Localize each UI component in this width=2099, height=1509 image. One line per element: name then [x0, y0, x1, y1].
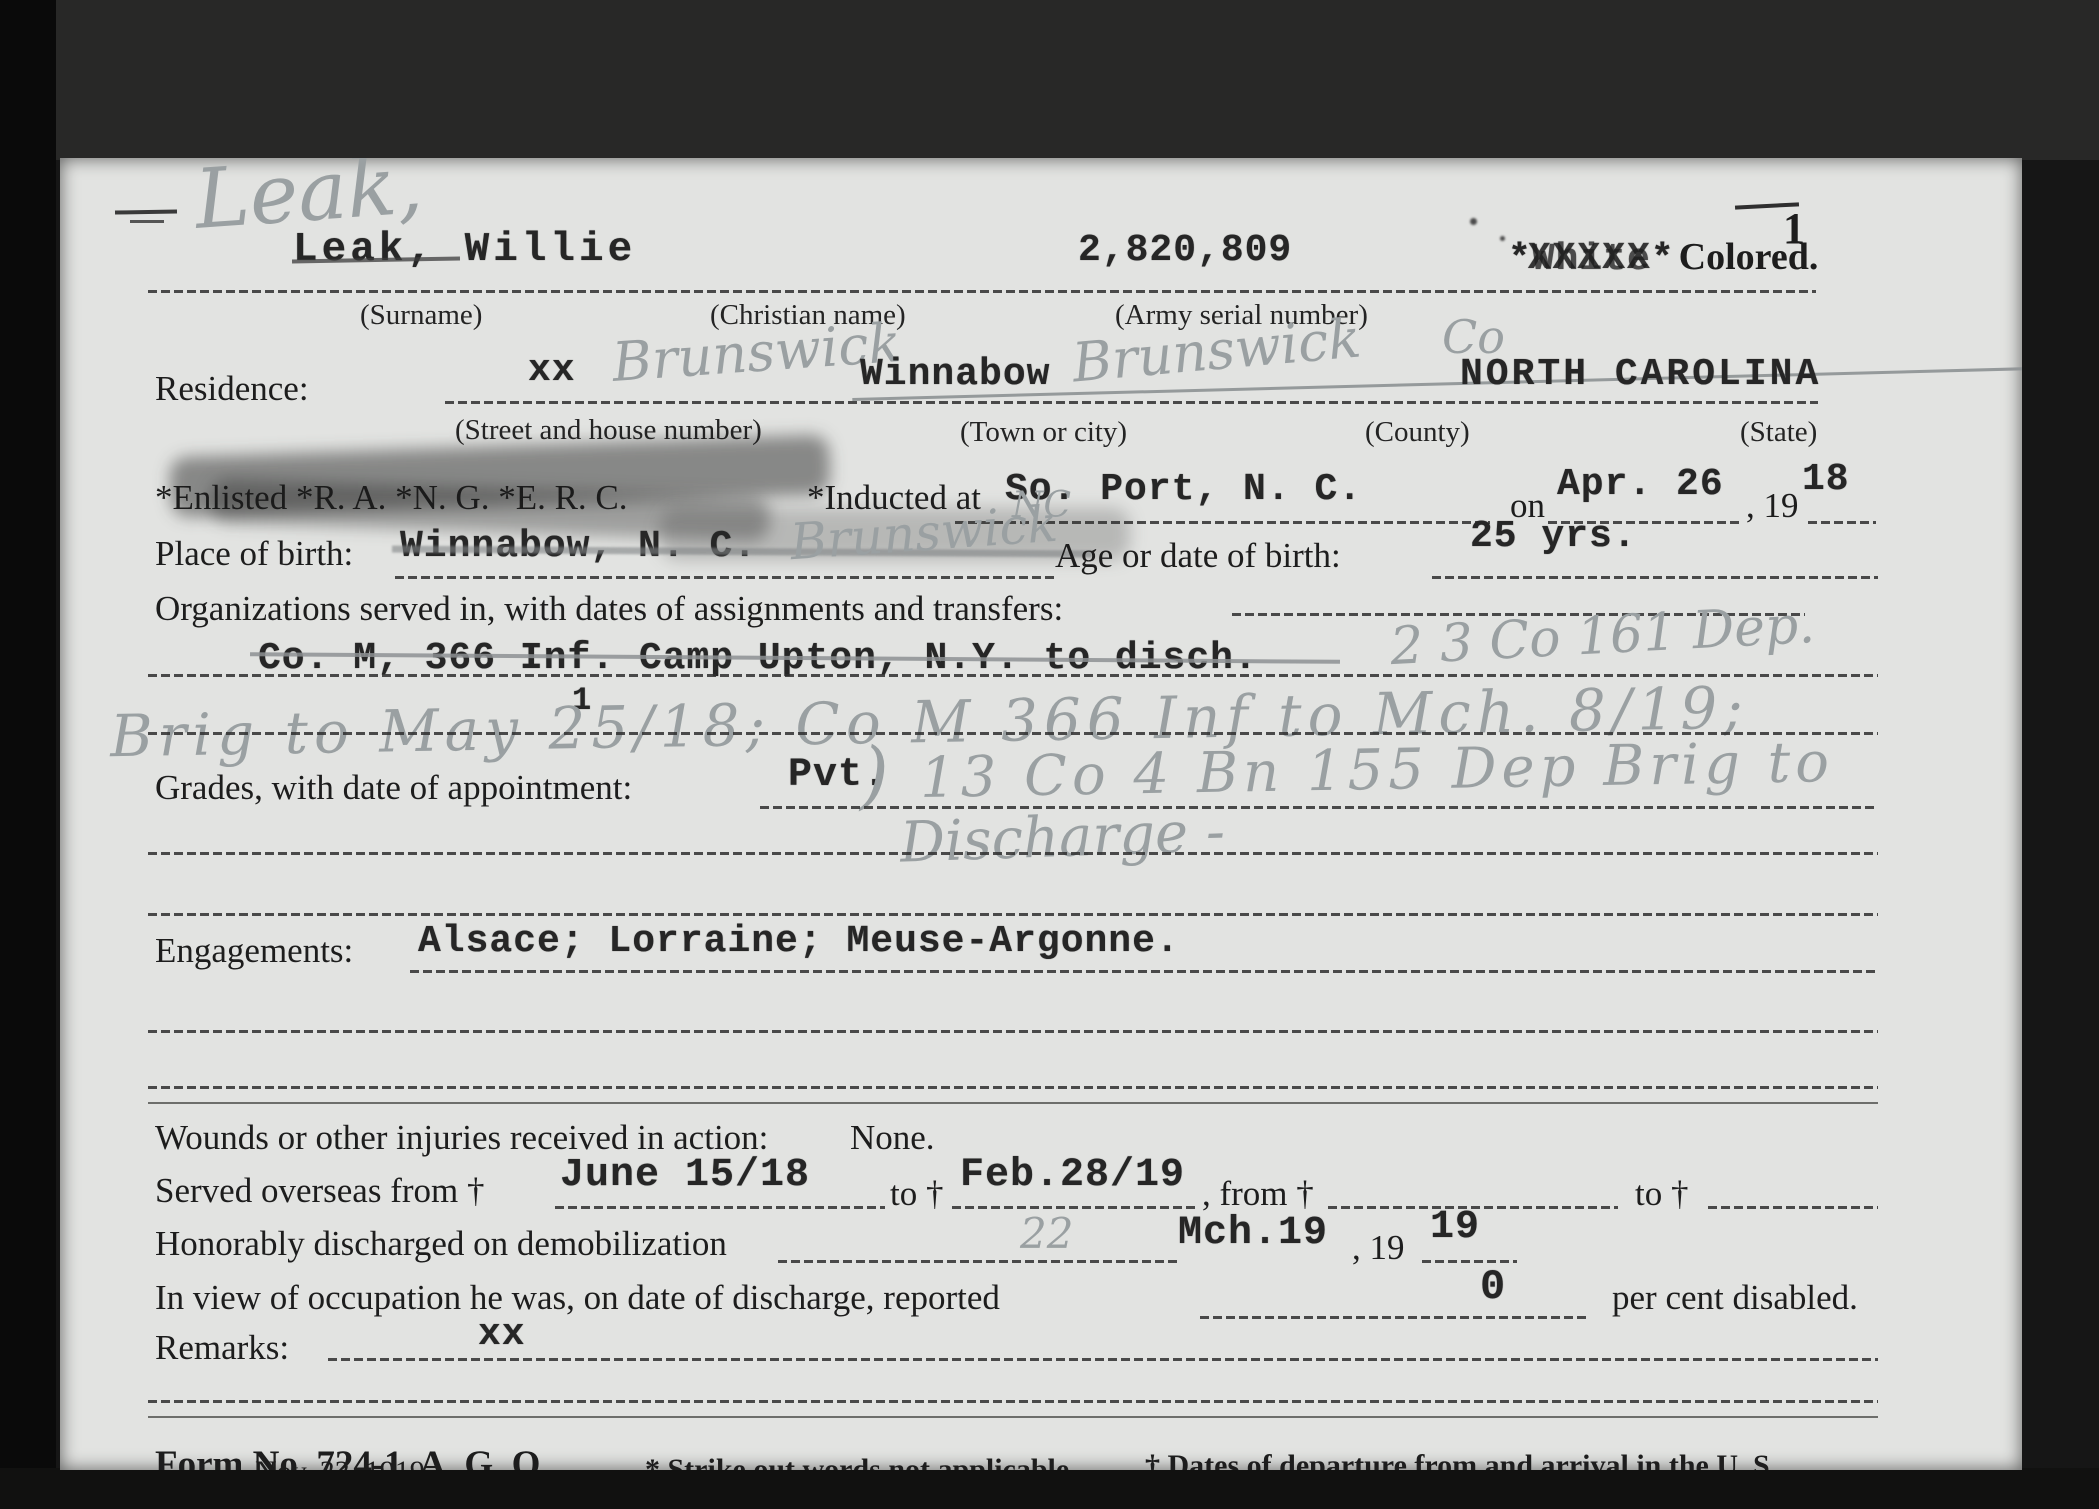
- grades-label: Grades, with date of appointment:: [155, 770, 632, 807]
- dashed-line: [148, 913, 1878, 916]
- discharge-label: Honorably discharged on demobilization: [155, 1226, 727, 1263]
- wounds-value: None.: [850, 1120, 935, 1157]
- disability-suffix: per cent disabled.: [1612, 1280, 1858, 1317]
- scan-background-top: [0, 0, 2099, 160]
- discharge-date-value: Mch.19: [1178, 1214, 1328, 1254]
- discharge-year-value: 19: [1430, 1208, 1480, 1248]
- label-surname: (Surname): [360, 301, 482, 330]
- engagements-value: Alsace; Lorraine; Meuse-Argonne.: [418, 923, 1180, 961]
- dashed-line: [1200, 1316, 1590, 1319]
- pencil-dash-mark-2: [130, 220, 164, 223]
- race-selection: *WhiteXXXXX* Colored.: [1508, 238, 1818, 279]
- wounds-label: Wounds or other injuries received in act…: [155, 1120, 768, 1157]
- pencil-birth-state: NC: [1012, 488, 1071, 524]
- dashed-line: [1708, 1206, 1878, 1209]
- age-label: Age or date of birth:: [1055, 538, 1341, 575]
- record-card: Leak, 1 Leak, Willie 2,820,809 *WhiteXXX…: [60, 158, 2022, 1470]
- solid-line: [148, 1416, 1878, 1418]
- pencil-county-annotation-1: Brunswick: [610, 316, 902, 390]
- overseas-to-label-1: to †: [890, 1176, 943, 1213]
- serial-number-value: 2,820,809: [1078, 232, 1292, 270]
- label-town: (Town or city): [960, 418, 1127, 447]
- engagements-label: Engagements:: [155, 933, 353, 970]
- overseas-from1-value: June 15/18: [560, 1156, 810, 1196]
- residence-town-value: Winnabow: [860, 356, 2022, 394]
- dashed-line: [760, 806, 1878, 809]
- race-colored-label: Colored.: [1679, 236, 1819, 278]
- footnote-strike-out: * Strike out words not applicable.: [645, 1454, 1077, 1470]
- race-white-struck: WhiteXXXXX: [1532, 241, 1651, 279]
- residence-label: Residence:: [155, 371, 309, 408]
- discharge-19-prefix: , 19: [1352, 1230, 1405, 1267]
- dashed-line: [148, 1400, 1878, 1403]
- label-state: (State): [1740, 418, 1817, 447]
- dashed-line: [952, 1206, 1197, 1209]
- induction-year-value: 18: [1802, 461, 1850, 499]
- disability-value: 0: [1480, 1266, 1506, 1308]
- pencil-grades-line1: 13 Co 4 Bn 155 Dep Brig to: [920, 735, 1835, 807]
- dashed-line: [148, 290, 1816, 293]
- organizations-label: Organizations served in, with dates of a…: [155, 591, 1063, 628]
- overseas-from-label-2: , from †: [1202, 1176, 1314, 1213]
- dashed-line: [148, 1030, 1878, 1033]
- scan-background-left-edge: [0, 0, 56, 1509]
- scanned-service-record: Leak, 1 Leak, Willie 2,820,809 *WhiteXXX…: [0, 0, 2099, 1509]
- race-overtype-xx: XXXXX: [1528, 240, 1652, 278]
- scan-background-bottom: [0, 1468, 2099, 1509]
- race-star-2: *: [1651, 238, 1675, 281]
- residence-street-value: xx: [528, 352, 576, 390]
- footnote-dagger: † Dates of departure from and arrival in…: [1145, 1450, 1777, 1470]
- name-value: Leak, Willie: [293, 230, 636, 271]
- place-of-birth-label: Place of birth:: [155, 536, 353, 573]
- dashed-line: [778, 1260, 1178, 1263]
- pencil-overseas-day: 22: [1020, 1213, 1073, 1255]
- overseas-to1-value: Feb.28/19: [960, 1156, 1185, 1196]
- dashed-line: [1432, 576, 1878, 579]
- pencil-grades-line2: Discharge -: [899, 804, 1226, 871]
- residence-state-value: NORTH CAROLINA: [1460, 356, 1821, 394]
- age-value: 25 yrs.: [1470, 518, 1637, 556]
- ink-speck: [1470, 218, 1477, 225]
- overseas-to-label-2: to †: [1635, 1176, 1688, 1213]
- solid-line: [148, 1102, 1878, 1104]
- induction-date-value: Apr. 26: [1557, 466, 1724, 504]
- pencil-paren: ): [860, 738, 889, 812]
- year-19-prefix: , 19: [1746, 488, 1799, 525]
- remarks-value: xx: [478, 1316, 526, 1354]
- ink-speck: [1500, 236, 1505, 241]
- form-date-clipped: Nov. 22, 1919: [255, 1456, 425, 1470]
- dashed-line: [328, 1358, 1878, 1361]
- label-county: (County): [1365, 418, 1470, 447]
- disability-label: In view of occupation he was, on date of…: [155, 1280, 1000, 1317]
- dashed-line: [395, 576, 1055, 579]
- overseas-label: Served overseas from †: [155, 1173, 484, 1210]
- pencil-dash-mark: [115, 209, 177, 214]
- dashed-line: [148, 852, 1878, 855]
- dashed-line: [410, 970, 1878, 973]
- remarks-label: Remarks:: [155, 1330, 289, 1367]
- dashed-line: [148, 1086, 1878, 1089]
- dashed-line: [445, 401, 1818, 404]
- pencil-org-annotation-right: 2 3 Co 161 Dep.: [1389, 599, 1816, 673]
- dashed-line: [555, 1206, 885, 1209]
- dashed-line: [1808, 521, 1876, 524]
